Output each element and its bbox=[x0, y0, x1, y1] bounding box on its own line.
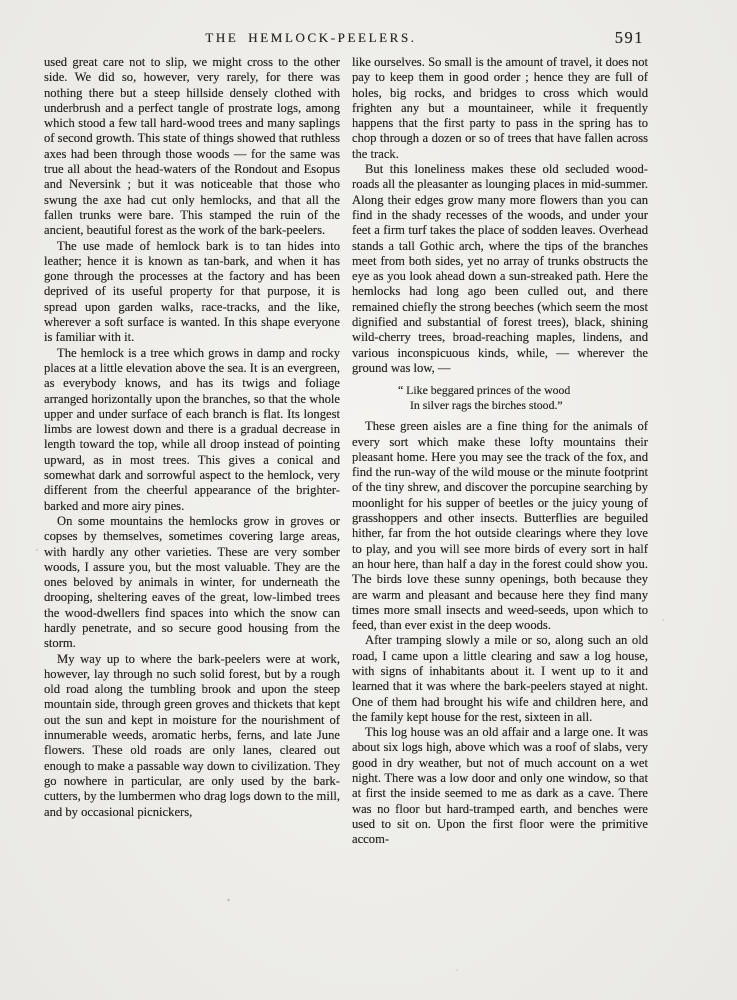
text-block: used great care not to slip, we might cr… bbox=[44, 55, 648, 848]
page-header: THE HEMLOCK-PEELERS. 591 bbox=[44, 30, 648, 48]
text-column-left: used great care not to slip, we might cr… bbox=[44, 55, 340, 848]
paragraph: This log house was an old affair and a l… bbox=[352, 725, 648, 847]
paragraph: My way up to where the bark-peelers were… bbox=[44, 652, 340, 820]
paragraph-continuation: used great care not to slip, we might cr… bbox=[44, 55, 340, 239]
paragraph-continuation: like ourselves. So small is the amount o… bbox=[352, 55, 648, 162]
paragraph: After tramping slowly a mile or so, alon… bbox=[352, 633, 648, 725]
verse-quote: “ Like beggared princes of the wood In s… bbox=[398, 383, 648, 412]
paragraph: The use made of hemlock bark is to tan h… bbox=[44, 239, 340, 346]
paragraph: But this loneliness makes these old secl… bbox=[352, 162, 648, 376]
running-title: THE HEMLOCK-PEELERS. bbox=[44, 30, 578, 46]
verse-line: “ Like beggared princes of the wood bbox=[398, 383, 648, 398]
paragraph: These green aisles are a fine thing for … bbox=[352, 419, 648, 633]
verse-line: In silver rags the birches stood.” bbox=[398, 398, 648, 413]
paragraph: The hemlock is a tree which grows in dam… bbox=[44, 346, 340, 514]
folio-page-number: 591 bbox=[615, 28, 644, 48]
scanned-book-page: THE HEMLOCK-PEELERS. 591 used great care… bbox=[0, 0, 737, 1000]
text-column-right: like ourselves. So small is the amount o… bbox=[352, 55, 648, 848]
paragraph: On some mountains the hemlocks grow in g… bbox=[44, 514, 340, 652]
